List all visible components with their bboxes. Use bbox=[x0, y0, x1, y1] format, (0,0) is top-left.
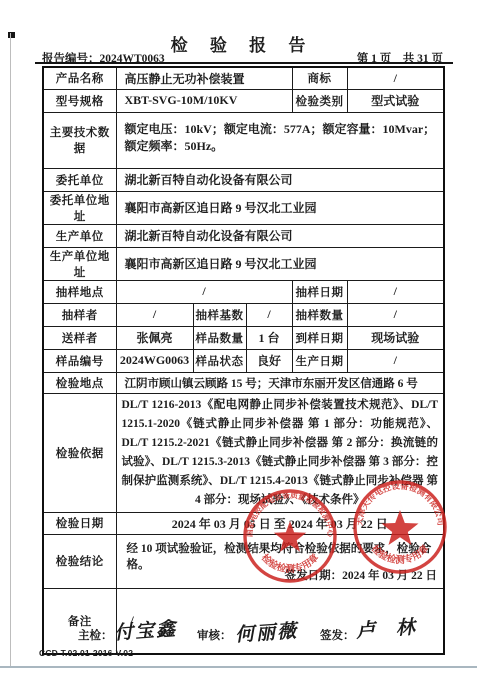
table-row: 委托单位 湖北新百特自动化设备有限公司 bbox=[43, 168, 444, 191]
test-basis-label: 检验依据 bbox=[43, 393, 116, 512]
svg-text:检验检测专用章: 检验检测专用章 bbox=[259, 551, 322, 575]
product-name-label: 产品名称 bbox=[43, 67, 116, 89]
stamp-star-icon bbox=[382, 510, 419, 545]
issuer-signature: 卢 林 bbox=[355, 612, 423, 644]
test-category-value: 型式试验 bbox=[347, 89, 444, 112]
production-date-label: 生产日期 bbox=[292, 349, 347, 372]
conclusion-label: 检验结论 bbox=[43, 534, 116, 588]
inspection-stamp-right: 天津天传电控设备检测有限公司 检验检测专用章 bbox=[345, 472, 455, 582]
sampling-place-value: / bbox=[116, 280, 292, 303]
sampling-base-value: / bbox=[246, 303, 292, 326]
manufacturer-label: 生产单位 bbox=[43, 224, 116, 247]
inspection-stamp-left: 国家电控配电设备质量检验检测中心 检验检测专用章 bbox=[235, 481, 345, 591]
test-place-label: 检验地点 bbox=[43, 372, 116, 393]
document-code: CCD T.02.01-2016-V.02 bbox=[39, 648, 133, 658]
model-label: 型号规格 bbox=[43, 89, 116, 112]
header-divider bbox=[35, 62, 453, 64]
table-row: 产品名称 高压静止无功补偿装置 商标 / bbox=[43, 67, 444, 89]
manufacturer-address-value: 襄阳市高新区追日路 9 号汉北工业园 bbox=[116, 247, 444, 280]
sampler-value: / bbox=[116, 303, 193, 326]
sampling-place-label: 抽样地点 bbox=[43, 280, 116, 303]
scan-artifact-bottom-edge bbox=[0, 666, 477, 668]
arrival-date-value: 现场试验 bbox=[347, 326, 444, 349]
product-name-value: 高压静止无功补偿装置 bbox=[116, 67, 292, 89]
issuer-label: 签发： bbox=[320, 627, 355, 643]
sample-sender-value: 张佩亮 bbox=[116, 326, 193, 349]
table-row: 抽样地点 / 抽样日期 / bbox=[43, 280, 444, 303]
sampler-label: 抽样者 bbox=[43, 303, 116, 326]
sample-qty-value: 1 台 bbox=[246, 326, 292, 349]
stamp-bottom-text: 检验检测专用章 bbox=[369, 542, 432, 566]
table-row: 主要技术数据 额定电压：10kV；额定电流：577A；额定容量：10Mvar；额… bbox=[43, 112, 444, 168]
stamp-bottom-text: 检验检测专用章 bbox=[259, 551, 322, 575]
chief-inspector-label: 主检： bbox=[78, 627, 113, 643]
reviewer-signature: 何丽薇 bbox=[234, 616, 299, 647]
test-category-label: 检验类别 bbox=[292, 89, 347, 112]
tech-data-value: 额定电压：10kV；额定电流：577A；额定容量：10Mvar；额定频率：50H… bbox=[116, 112, 444, 168]
stamp-star-icon bbox=[274, 521, 306, 552]
client-address-label: 委托单位地址 bbox=[43, 191, 116, 224]
trademark-value: / bbox=[347, 67, 444, 89]
sampling-date-value: / bbox=[347, 280, 444, 303]
svg-text:检验检测专用章: 检验检测专用章 bbox=[369, 542, 432, 566]
manufacturer-address-label: 生产单位地址 bbox=[43, 247, 116, 280]
sample-status-value: 良好 bbox=[246, 349, 292, 372]
client-label: 委托单位 bbox=[43, 168, 116, 191]
sample-sender-label: 送样者 bbox=[43, 326, 116, 349]
reviewer-label: 审核： bbox=[197, 627, 232, 643]
sample-status-label: 样品状态 bbox=[193, 349, 246, 372]
test-date-label: 检验日期 bbox=[43, 512, 116, 534]
sampling-date-label: 抽样日期 bbox=[292, 280, 347, 303]
sample-qty-label: 样品数量 bbox=[193, 326, 246, 349]
sample-no-value: 2024WG0063 bbox=[116, 349, 193, 372]
client-address-value: 襄阳市高新区追日路 9 号汉北工业园 bbox=[116, 191, 444, 224]
sample-no-label: 样品编号 bbox=[43, 349, 116, 372]
client-value: 湖北新百特自动化设备有限公司 bbox=[116, 168, 444, 191]
table-row: 抽样者 / 抽样基数 / 抽样数量 / bbox=[43, 303, 444, 326]
table-row: 型号规格 XBT-SVG-10M/10KV 检验类别 型式试验 bbox=[43, 89, 444, 112]
table-row: 委托单位地址 襄阳市高新区追日路 9 号汉北工业园 bbox=[43, 191, 444, 224]
manufacturer-value: 湖北新百特自动化设备有限公司 bbox=[116, 224, 444, 247]
production-date-value: / bbox=[347, 349, 444, 372]
sampling-qty-label: 抽样数量 bbox=[292, 303, 347, 326]
table-row: 送样者 张佩亮 样品数量 1 台 到样日期 现场试验 bbox=[43, 326, 444, 349]
scan-artifact-left-edge bbox=[10, 33, 11, 667]
remarks-label: 备注 bbox=[43, 588, 116, 654]
tech-data-label: 主要技术数据 bbox=[43, 112, 116, 168]
table-row: 检验地点 江阴市顾山镇云顾路 15 号；天津市东丽开发区信通路 6 号 bbox=[43, 372, 444, 393]
arrival-date-label: 到样日期 bbox=[292, 326, 347, 349]
trademark-label: 商标 bbox=[292, 67, 347, 89]
table-row: 样品编号 2024WG0063 样品状态 良好 生产日期 / bbox=[43, 349, 444, 372]
model-value: XBT-SVG-10M/10KV bbox=[116, 89, 292, 112]
table-row: 生产单位 湖北新百特自动化设备有限公司 bbox=[43, 224, 444, 247]
sampling-base-label: 抽样基数 bbox=[193, 303, 246, 326]
test-place-value: 江阴市顾山镇云顾路 15 号；天津市东丽开发区信通路 6 号 bbox=[116, 372, 444, 393]
table-row: 生产单位地址 襄阳市高新区追日路 9 号汉北工业园 bbox=[43, 247, 444, 280]
sampling-qty-value: / bbox=[347, 303, 444, 326]
chief-inspector-signature: 付宝鑫 bbox=[113, 614, 178, 645]
report-page: 检 验 报 告 报告编号：2024WT0063 第 1 页 共 31 页 产品名… bbox=[0, 0, 477, 673]
